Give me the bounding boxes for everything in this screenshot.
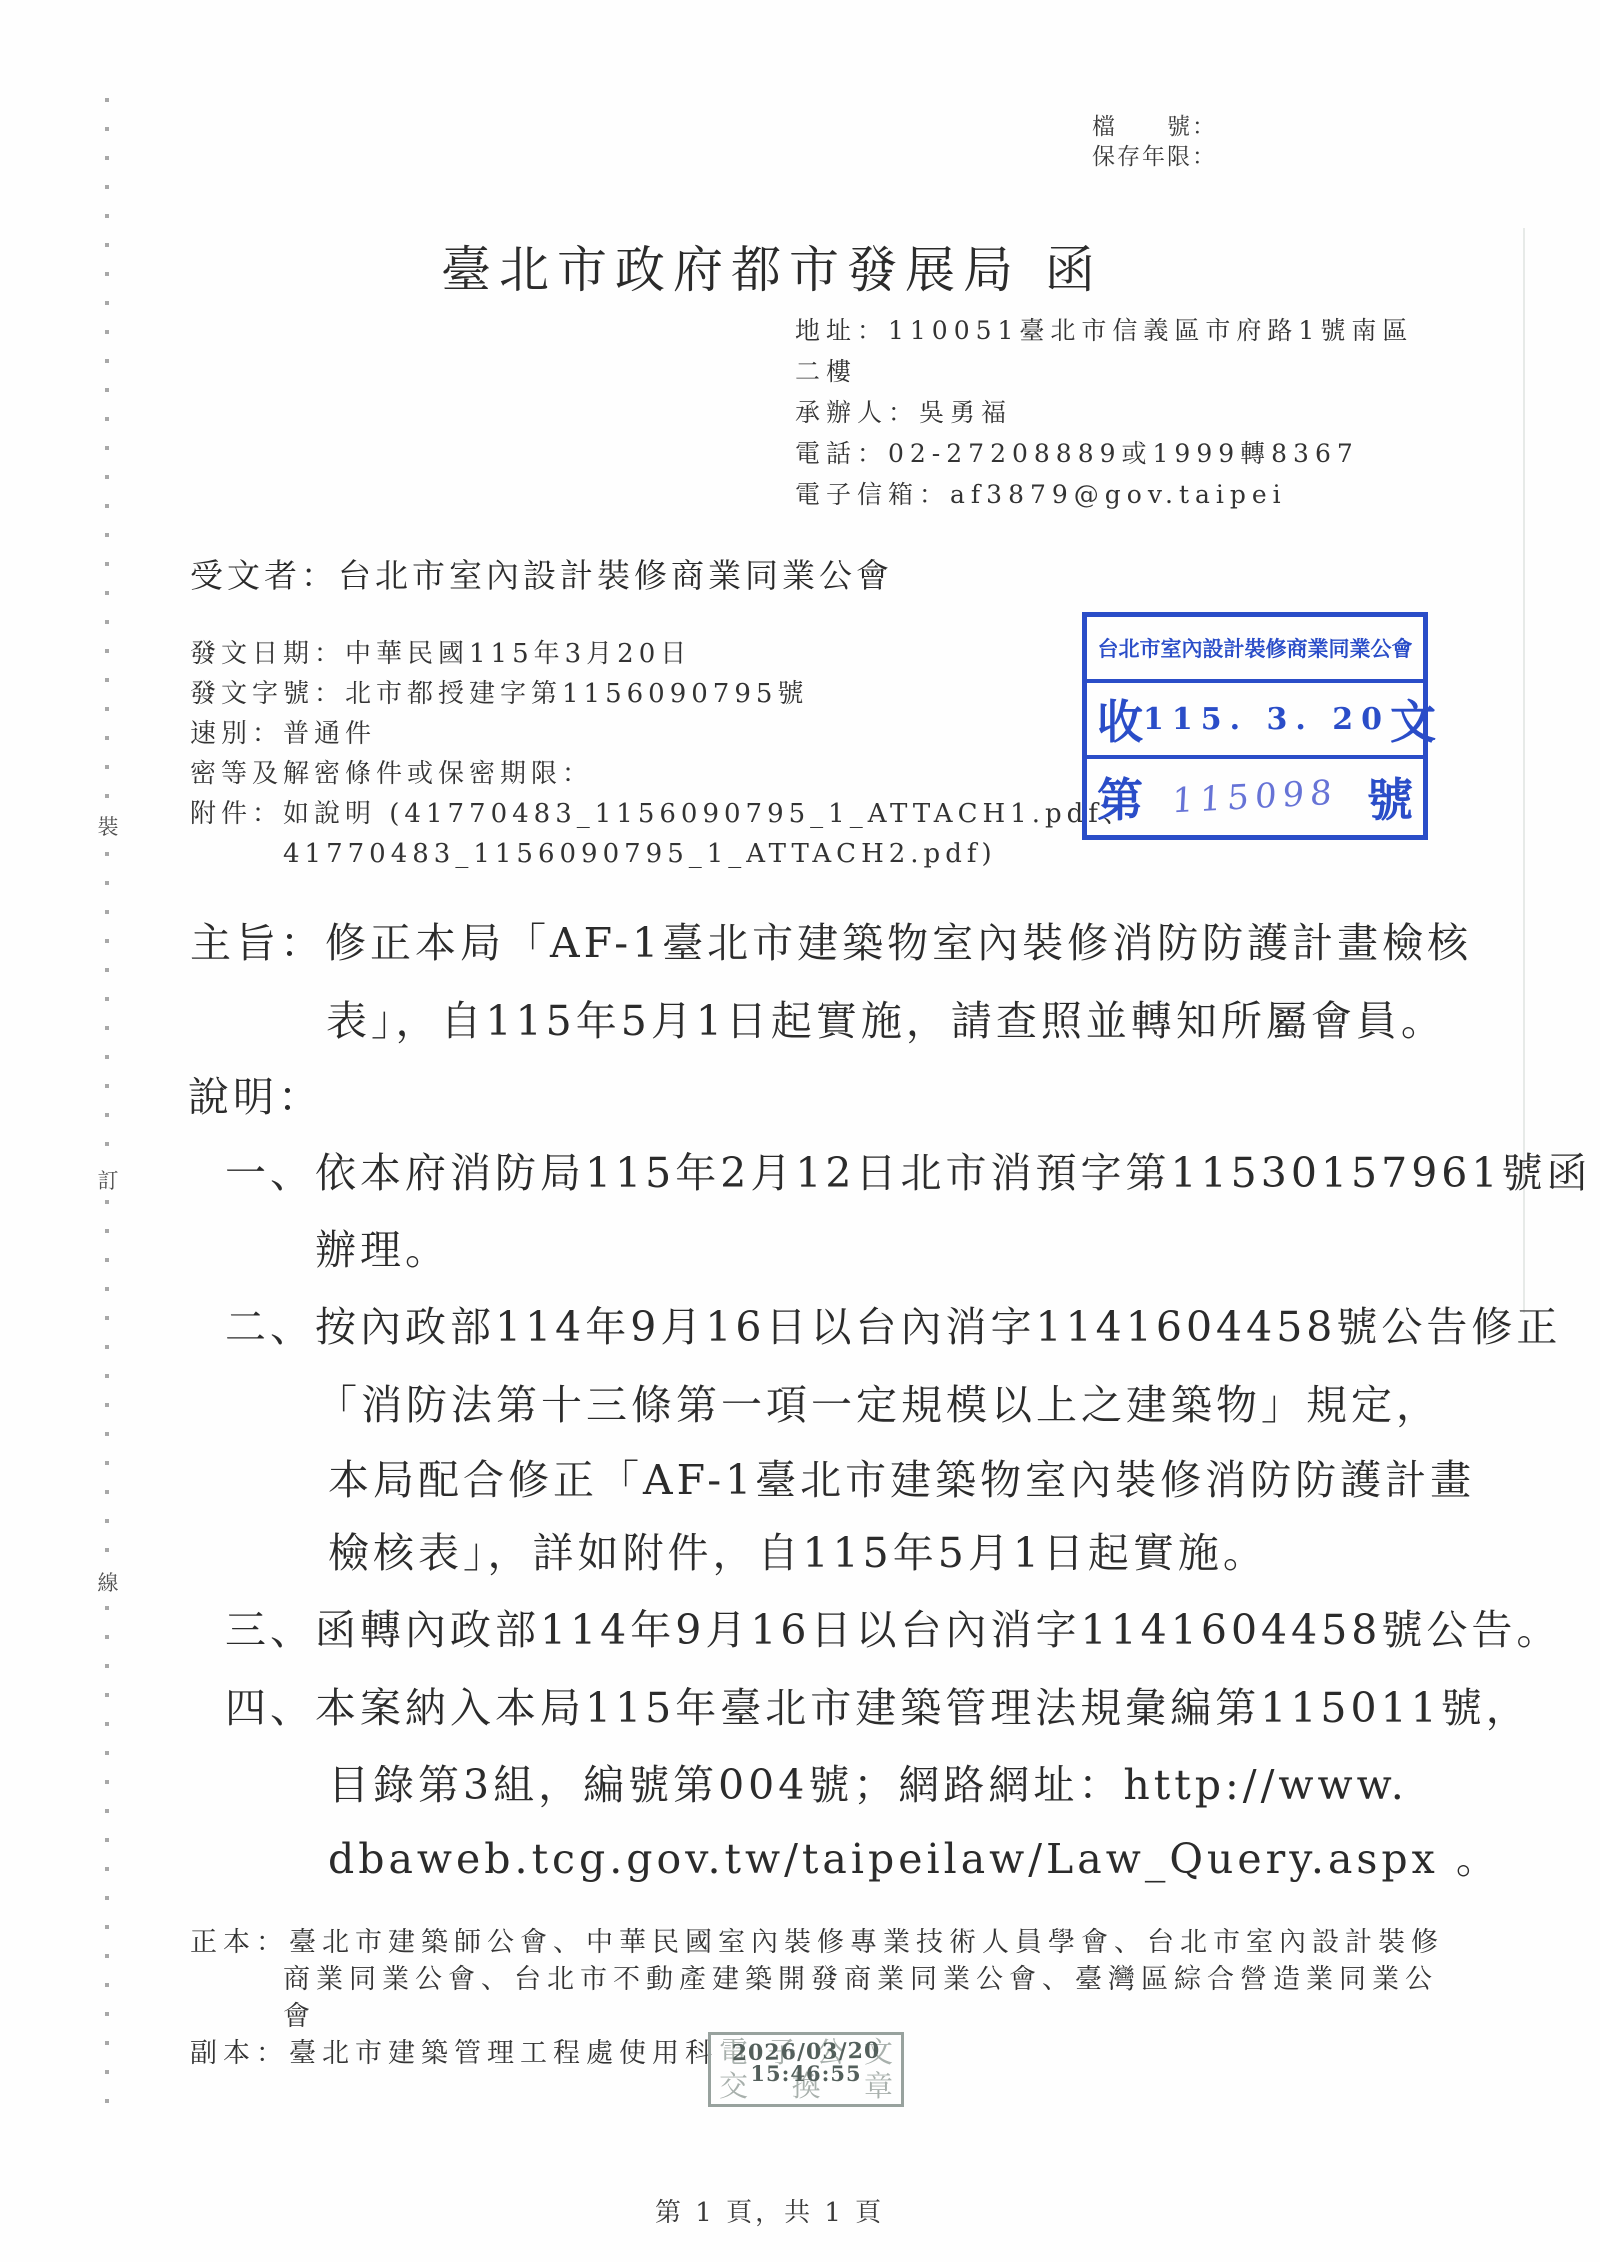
issue-date-line: 發文日期：中華民國115年3月20日 [190,634,1134,674]
sender-contact: 承辦人：吳勇福 [795,392,1413,433]
item-4-text-1: 本案納入本局115年臺北市建築管理法規彙編第115011號， [315,1684,1531,1732]
speed-line: 速別：普通件 [190,714,1134,754]
description-item-4-line-1: 四、本案納入本局115年臺北市建築管理法規彙編第115011號， [225,1675,1531,1734]
file-number-label: 檔 號： [1092,112,1217,142]
description-item-1-line-1: 一、依本府消防局115年2月12日北市消預字第11530157961號函 [225,1140,1591,1199]
original-copy-text-1: 臺北市建築師公會、中華民國室內裝修專業技術人員學會、台北市室內設計裝修 [289,1927,1444,1958]
sender-address-line2: 二樓 [795,351,1413,392]
sender-email: 電子信箱：af3879@gov.taipei [795,474,1413,515]
receipt-stamp-receive-char: 收 [1097,686,1143,752]
sender-address-line1: 地址：110051臺北市信義區市府路1號南區 [795,310,1413,351]
description-item-2-line-3: 本局配合修正「AF-1臺北市建築物室內裝修消防防護計畫 [328,1447,1475,1506]
carbon-copy-text: 臺北市建築管理工程處使用科 [289,2038,718,2069]
recipient-line: 受文者：台北市室內設計裝修商業同業公會 [190,550,893,597]
subject-label: 主旨： [190,919,325,967]
receipt-stamp-org: 台北市室內設計裝修商業同業公會 [1087,617,1423,683]
original-copy-line-1: 正本：臺北市建築師公會、中華民國室內裝修專業技術人員學會、台北市室內設計裝修 [190,1920,1444,1959]
subject-text-1: 修正本局「AF-1臺北市建築物室內裝修消防防護計畫檢核 [325,919,1472,967]
original-copy-line-3: 會 [283,1994,316,2033]
electronic-exchange-stamp: 電 子 公 文 交 換 章 2026/03/20 15:46:55 [708,2032,904,2107]
receipt-stamp-no-prefix: 第 [1097,764,1143,830]
file-number-block: 檔 號： 保存年限： [1092,112,1217,172]
description-item-2-line-1: 二、按內政部114年9月16日以台內消字1141604458號公告修正 [225,1294,1561,1353]
item-4-number: 四、 [225,1684,315,1732]
description-item-4-line-2: 目錄第3組，編號第004號；網路網址：http://www. [328,1752,1408,1811]
binding-dotted-line [105,98,109,2110]
subject-line-1: 主旨：修正本局「AF-1臺北市建築物室內裝修消防防護計畫檢核 [190,910,1472,969]
original-copy-label: 正本： [190,1927,289,1958]
meta-block: 發文日期：中華民國115年3月20日 發文字號：北市都授建字第115609079… [190,634,1134,874]
item-1-text-1: 依本府消防局115年2月12日北市消預字第11530157961號函 [315,1149,1591,1197]
original-copy-line-2: 商業同業公會、台北市不動產建築開發商業同業公會、臺灣區綜合營造業同業公 [283,1957,1438,1996]
retention-label: 保存年限： [1092,142,1217,172]
binding-char-zhuang: 裝 [95,806,121,846]
document-title: 臺北市政府都市發展局 函 [441,230,1103,302]
receipt-stamp-number-row: 第 115098 號 [1087,759,1423,835]
item-2-number: 二、 [225,1303,315,1351]
description-item-1-line-2: 辦理。 [315,1217,450,1276]
exchange-stamp-time: 15:46:55 [711,2061,901,2086]
document-page: 裝 訂 線 檔 號： 保存年限： 臺北市政府都市發展局 函 地址：110051臺… [0,0,1600,2262]
receipt-stamp-date: 115. 3. 20 [1143,702,1390,737]
carbon-copy-line: 副本：臺北市建築管理工程處使用科 [190,2031,718,2070]
secrecy-line: 密等及解密條件或保密期限： [190,754,1134,794]
description-item-4-line-3: dbaweb.tcg.gov.tw/taipeilaw/Law_Query.as… [328,1826,1501,1885]
description-item-3-line-1: 三、函轉內政部114年9月16日以台內消字1141604458號公告。 [225,1597,1561,1656]
attachment-line-2: 41770483_1156090795_1_ATTACH2.pdf) [283,834,1134,874]
attachment-line-1: 附件：如說明 (41770483_1156090795_1_ATTACH1.pd… [190,794,1134,834]
binding-char-ding: 訂 [95,1160,121,1200]
item-2-text-1: 按內政部114年9月16日以台內消字1141604458號公告修正 [315,1303,1561,1351]
item-3-number: 三、 [225,1606,315,1654]
subject-line-2: 表」，自115年5月1日起實施，請查照並轉知所屬會員。 [326,988,1446,1047]
sender-info-block: 地址：110051臺北市信義區市府路1號南區 二樓 承辦人：吳勇福 電話：02-… [795,310,1413,515]
carbon-copy-label: 副本： [190,2038,289,2069]
page-footer: 第 1 頁，共 1 頁 [655,2192,884,2229]
sender-phone: 電話：02-27208889或1999轉8367 [795,433,1413,474]
receipt-stamp-no-suffix: 號 [1367,764,1413,830]
receipt-stamp: 台北市室內設計裝修商業同業公會 收 115. 3. 20 文 第 115098 … [1082,612,1428,840]
item-1-number: 一、 [225,1149,315,1197]
binding-char-xian: 線 [95,1562,121,1602]
receipt-stamp-doc-char: 文 [1390,686,1436,752]
description-label: 說明： [188,1064,323,1123]
receipt-stamp-number-handwritten: 115098 [1171,773,1339,822]
receipt-stamp-date-row: 收 115. 3. 20 文 [1087,683,1423,759]
description-item-2-line-4: 檢核表」，詳如附件，自115年5月1日起實施。 [328,1520,1268,1579]
item-3-text-1: 函轉內政部114年9月16日以台內消字1141604458號公告。 [315,1606,1561,1654]
description-item-2-line-2: 「消防法第十三條第一項一定規模以上之建築物」規定， [316,1372,1441,1431]
doc-number-line: 發文字號：北市都授建字第1156090795號 [190,674,1134,714]
